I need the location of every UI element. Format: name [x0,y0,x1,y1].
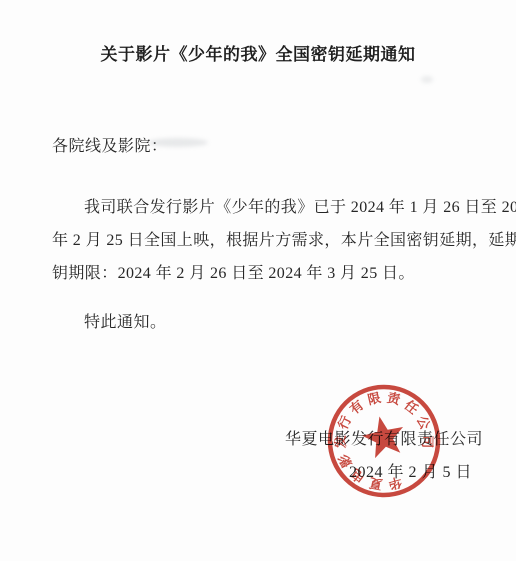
seal-arc-char: 华 [387,473,404,492]
seal-arc-char: 发 [333,435,349,449]
body-paragraph-line-3: 钥期限：2024 年 2 月 26 日至 2024 年 3 月 25 日。 [52,260,464,283]
company-seal-stamp: 华夏电影发行有限责任公司 [322,379,446,503]
closing-phrase: 特此通知。 [84,309,167,332]
seal-arc-char: 限 [366,391,382,409]
seal-star-icon [359,412,408,460]
body-paragraph-line-2: 年 2 月 25 日全国上映，根据片方需求，本片全国密钥延期，延期密 [52,227,464,250]
seal-arc-char: 责 [386,390,403,409]
document-title: 关于影片《少年的我》全国密钥延期通知 [0,40,516,65]
seal-arc-char: 公 [413,414,433,433]
seal-arc-char: 夏 [368,474,384,492]
notice-document-page: 关于影片《少年的我》全国密钥延期通知 各院线及影院： 我司联合发行影片《少年的我… [0,0,516,561]
body-paragraph-line-1: 我司联合发行影片《少年的我》已于 2024 年 1 月 26 日至 2024 [52,194,496,217]
scan-smudge [421,76,433,83]
scan-smudge [148,138,208,147]
seal-arc-char: 司 [419,435,435,448]
